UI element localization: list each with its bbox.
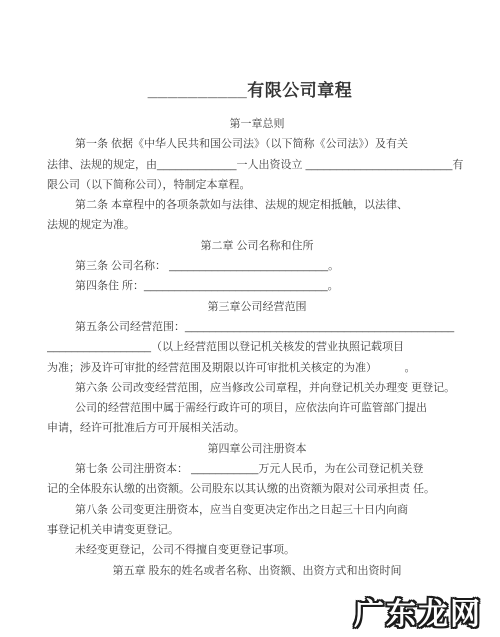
article-1-line: 限公司（以下简称公司），特制定本章程。 bbox=[47, 175, 467, 195]
chapter-heading-2: 第二章 公司名称和住所 bbox=[47, 236, 467, 256]
chapter-heading-3: 第三章公司经营范围 bbox=[47, 297, 467, 317]
article-2-line: 第二条 本章程中的各项条款如与法律、法规的规定相抵触，以法律、 bbox=[47, 195, 467, 215]
article-6-line: 公司的经营范围中属于需经行政许可的项目，应依法向许可监管部门提出 bbox=[47, 398, 467, 418]
article-8-line: 未经变更登记，公司不得擅自变更登记事项。 bbox=[47, 540, 467, 560]
article-5-line: 第五条公司经营范围：______________________________… bbox=[47, 317, 467, 337]
article-2-line: 法规的规定为准。 bbox=[47, 215, 467, 235]
article-8-line: 第八条 公司变更注册资本，应当自变更决定作出之日起三十日内向商 bbox=[47, 500, 467, 520]
article-6-line: 第六条 公司改变经营范围，应当修改公司章程，并向登记机关办理变 更登记。 bbox=[47, 378, 467, 398]
article-1-line: 法律、法规的规定，由_____________一人出资设立 __________… bbox=[47, 155, 467, 175]
document-page: __________有限公司章程 第一章总则 第一条 依据《中华人民共和国公司法… bbox=[0, 0, 500, 637]
chapter-heading-1: 第一章总则 bbox=[47, 114, 467, 134]
article-5-line: 为准；涉及许可审批的经营范围及期限以许可审批机关核定的为准） 。 bbox=[47, 358, 467, 378]
article-7-line: 第七条 公司注册资本： ___________万元人民币，为在公司登记机关登 bbox=[47, 459, 467, 479]
article-7-line: 记的全体股东认缴的出资额。公司股东以其认缴的出资额为限对公司承担责 任。 bbox=[47, 479, 467, 499]
article-8-line: 事登记机关申请变更登记。 bbox=[47, 520, 467, 540]
article-6-line: 申请，经许可批准后方可开展相关活动。 bbox=[47, 418, 467, 438]
article-3-line: 第三条 公司名称： __________________________。 bbox=[47, 256, 467, 276]
chapter-heading-5: 第五章 股东的姓名或者名称、出资额、出资方式和出资时间 bbox=[47, 561, 467, 581]
chapter-heading-4: 第四章公司注册资本 bbox=[47, 439, 467, 459]
document-body: 第一章总则 第一条 依据《中华人民共和国公司法》（以下简称《公司法》）及有关 法… bbox=[0, 114, 500, 581]
document-title: __________有限公司章程 bbox=[0, 0, 500, 104]
article-1-line: 第一条 依据《中华人民共和国公司法》（以下简称《公司法》）及有关 bbox=[47, 134, 467, 154]
article-4-line: 第四条住 所：______________________________。 bbox=[47, 276, 467, 296]
article-5-line: _________________（以上经营范围以登记机关核发的营业执照记载项目 bbox=[47, 337, 467, 357]
watermark-logo: 广东龙网 bbox=[354, 589, 482, 633]
